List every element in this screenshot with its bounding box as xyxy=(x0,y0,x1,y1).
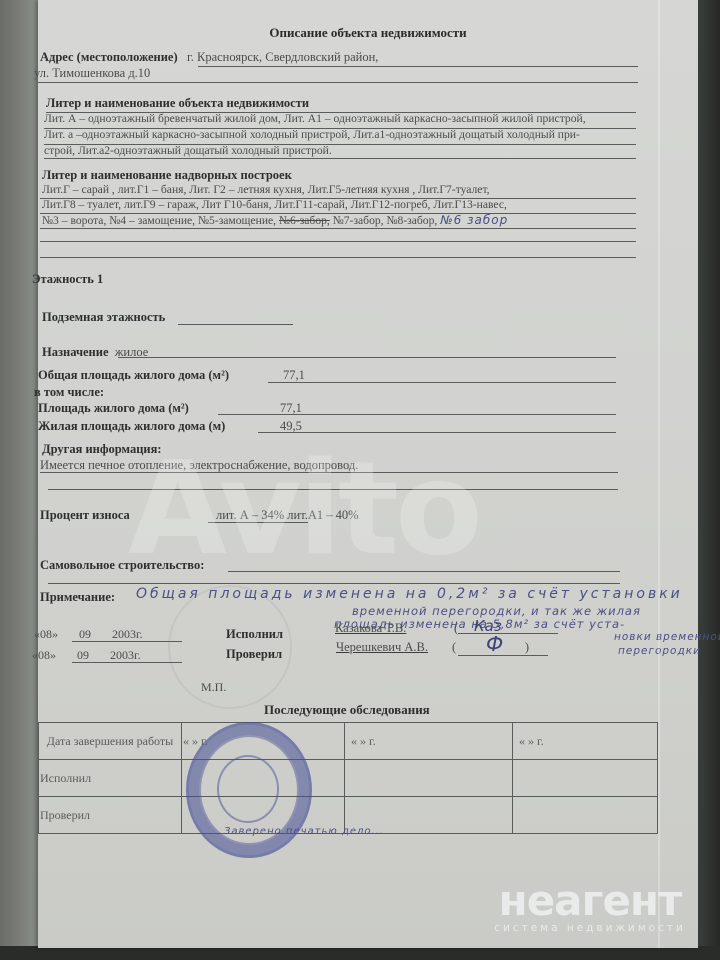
including-label: в том числе: xyxy=(34,385,104,399)
divider xyxy=(118,357,616,358)
house-area-label: Площадь жилого дома (м²) xyxy=(38,401,189,415)
divider xyxy=(48,583,620,584)
floors-value: 1 xyxy=(97,272,103,286)
document-title: Описание объекта недвижимости xyxy=(38,25,698,41)
wear-value: лит. А – 34% лит.А1 – 40% xyxy=(216,508,359,522)
divider xyxy=(258,432,616,433)
sign-month: 09 xyxy=(79,627,91,641)
outbuildings-text: Лит.Г – сарай , лит.Г1 – баня, Лит. Г2 –… xyxy=(42,183,490,196)
table-row: Исполнил xyxy=(39,760,658,797)
underground-row: Подземная этажность xyxy=(42,310,165,325)
object-label-row: Литер и наименование объекта недвижимост… xyxy=(46,96,309,111)
divider xyxy=(48,489,618,490)
wear-label: Процент износа xyxy=(40,508,130,522)
sign-month: 09 xyxy=(77,648,89,662)
address-row: Адрес (местоположение) г. Красноярск, Св… xyxy=(40,50,378,65)
unauthorized-row: Самовольное строительство: xyxy=(40,558,204,573)
divider xyxy=(72,641,182,642)
underground-label: Подземная этажность xyxy=(42,310,165,324)
object-text: Лит. А – одноэтажный бревенчатый жилой д… xyxy=(44,112,586,125)
divider xyxy=(44,158,636,159)
signature-mark: Ф xyxy=(486,632,503,656)
table-cell: « » г. xyxy=(345,723,513,760)
total-area-row: Общая площадь жилого дома (м²) xyxy=(38,368,229,383)
table-cell-label: Проверил xyxy=(39,797,182,834)
note-handwritten-5: перегородки xyxy=(618,645,701,657)
table-cell xyxy=(345,760,513,797)
sign-day: «08» xyxy=(32,648,56,662)
table-cell xyxy=(513,760,658,797)
object-text: Лит. а –одноэтажный каркасно-засыпной хо… xyxy=(44,128,580,141)
outbuildings-struck-text: №6-забор, xyxy=(279,214,330,227)
divider xyxy=(72,662,182,663)
object-line-1: Лит. А – одноэтажный бревенчатый жилой д… xyxy=(44,112,586,125)
including-row: в том числе: xyxy=(34,385,104,400)
other-info-label: Другая информация: xyxy=(42,442,162,456)
unauthorized-label: Самовольное строительство: xyxy=(40,558,204,572)
survey-table: Дата завершения работы « » г. « » г. « »… xyxy=(38,722,658,834)
divider xyxy=(40,257,636,258)
faded-stamp xyxy=(168,585,292,709)
living-area-value: 49,5 xyxy=(280,419,302,433)
wear-value-wrap: лит. А – 34% лит.А1 – 40% xyxy=(216,508,359,523)
checker-name: Черешкевич А.В. xyxy=(336,640,428,654)
divider xyxy=(228,571,620,572)
background-bottom xyxy=(0,946,720,960)
wear-row: Процент износа xyxy=(40,508,130,523)
outbuildings-text: Лит.Г8 – туалет, лит.Г9 – гараж, Лит Г10… xyxy=(42,198,507,211)
table-cell: « » г. xyxy=(513,723,658,760)
document-page: Описание объекта недвижимости Адрес (мес… xyxy=(38,0,698,948)
table-row: Дата завершения работы « » г. « » г. « »… xyxy=(39,723,658,760)
total-area-label: Общая площадь жилого дома (м²) xyxy=(38,368,229,382)
divider xyxy=(198,66,638,67)
divider xyxy=(218,414,616,415)
brand-tagline: система недвижимости xyxy=(490,922,690,934)
divider xyxy=(38,82,638,83)
signature-name-1: Казакова Т.В. xyxy=(335,621,406,636)
survey-title-row: Последующие обследования xyxy=(264,702,430,718)
note-row: Примечание: xyxy=(40,590,115,605)
table-cell-label: Исполнил xyxy=(39,760,182,797)
note-label: Примечание: xyxy=(40,590,115,604)
divider xyxy=(40,241,636,242)
signature-row-2: «08» 09 2003г. xyxy=(32,648,141,663)
performer-name: Казакова Т.В. xyxy=(335,621,406,635)
divider xyxy=(40,472,618,473)
stamp-center xyxy=(217,755,279,823)
official-stamp xyxy=(186,722,312,858)
outbuildings-line-3: №3 – ворота, №4 – замощение, №5-замощени… xyxy=(42,213,508,227)
object-line-2: Лит. а –одноэтажный каркасно-засыпной хо… xyxy=(44,128,580,141)
divider xyxy=(458,633,558,634)
seal-label-row: М.П. xyxy=(201,680,226,695)
stamp-handwritten-note: Заверено печатью дело... xyxy=(224,826,384,837)
note-handwritten-4: новки временной xyxy=(614,631,720,643)
purpose-label: Назначение xyxy=(42,345,109,359)
floors-row: Этажность 1 xyxy=(32,272,103,287)
outbuildings-line-2: Лит.Г8 – туалет, лит.Г9 – гараж, Лит Г10… xyxy=(42,198,507,211)
address-value-line2: ул. Тимошенкова д.10 xyxy=(34,66,150,80)
outbuildings-text: №3 – ворота, №4 – замощение, №5-замощени… xyxy=(42,214,279,227)
sign-day: «08» xyxy=(34,627,58,641)
floors-label: Этажность xyxy=(32,272,94,286)
other-info-value-row: Имеется печное отопление, электроснабжен… xyxy=(40,458,358,473)
table-cell xyxy=(513,797,658,834)
address-label: Адрес (местоположение) xyxy=(40,50,178,64)
handwritten-addition: №6 забор xyxy=(440,213,508,227)
total-area-value-wrap: 77,1 xyxy=(283,368,305,383)
address-value-line1: г. Красноярск, Свердловский район, xyxy=(187,50,378,64)
object-text: строй, Лит.а2-одноэтажный дощатый холодн… xyxy=(44,144,332,157)
sign-year: 2003г. xyxy=(110,648,141,662)
total-area-value: 77,1 xyxy=(283,368,305,382)
background-left xyxy=(0,0,40,960)
signature-row-1: «08» 09 2003г. xyxy=(34,627,143,642)
house-area-value: 77,1 xyxy=(280,401,302,415)
divider xyxy=(268,382,616,383)
background-right xyxy=(698,0,720,960)
note-handwritten-2: временной перегородки, и так же жилая xyxy=(352,604,641,618)
outbuildings-line-1: Лит.Г – сарай , лит.Г1 – баня, Лит. Г2 –… xyxy=(42,183,490,196)
divider xyxy=(208,522,308,523)
survey-title: Последующие обследования xyxy=(264,702,430,717)
outbuildings-label-row: Литер и наименование надворных построек xyxy=(42,168,292,183)
divider xyxy=(458,655,548,656)
signature-name-2: Черешкевич А.В. xyxy=(336,640,428,655)
divider xyxy=(40,228,636,229)
object-label: Литер и наименование объекта недвижимост… xyxy=(46,96,309,110)
address-line2: ул. Тимошенкова д.10 xyxy=(34,66,150,81)
neagent-logo: неагент система недвижимости xyxy=(490,880,690,934)
outbuildings-text: №7-забор, №8-забор, xyxy=(330,214,437,227)
other-info-value: Имеется печное отопление, электроснабжен… xyxy=(40,458,358,472)
living-area-label: Жилая площадь жилого дома (м) xyxy=(38,419,225,433)
sign-year: 2003г. xyxy=(112,627,143,641)
outbuildings-label: Литер и наименование надворных построек xyxy=(42,168,292,182)
brand-name: неагент xyxy=(490,880,690,922)
other-info-row: Другая информация: xyxy=(42,442,162,457)
object-line-3: строй, Лит.а2-одноэтажный дощатый холодн… xyxy=(44,144,332,157)
seal-label: М.П. xyxy=(201,680,226,694)
table-cell-label: Дата завершения работы xyxy=(39,723,182,760)
living-area-row: Жилая площадь жилого дома (м) xyxy=(38,419,225,434)
divider xyxy=(178,324,293,325)
house-area-row: Площадь жилого дома (м²) xyxy=(38,401,189,416)
